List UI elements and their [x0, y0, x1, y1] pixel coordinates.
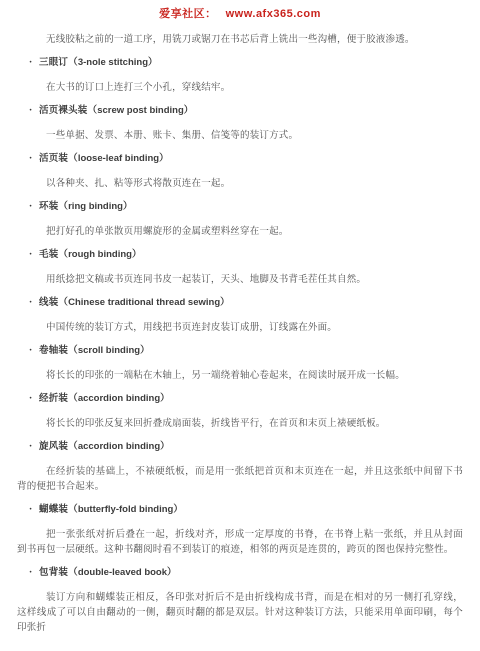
term-name: 蝴蝶装	[39, 504, 68, 515]
glossary-entry: ·毛装（rough binding） 用纸捻把文稿或书页连同书皮一起装订，天头、…	[17, 247, 463, 287]
term-description: 装订方向和蝴蝶装正相反，各印张对折后不是由折线构成书背，而是在相对的另一侧打孔穿…	[17, 590, 463, 635]
term-heading: ·卷轴装（scroll binding）	[17, 343, 463, 359]
term-heading: ·线装（Chinese traditional thread sewing）	[17, 295, 463, 311]
site-name: 爱享社区：	[159, 8, 217, 20]
term-english: ring binding	[68, 201, 123, 212]
paren-close: ）	[184, 105, 194, 116]
paren-open: （	[68, 441, 78, 452]
paren-close: ）	[160, 393, 170, 404]
glossary-entry: ·蝴蝶装（butterfly-fold binding） 把一张张纸对折后叠在一…	[17, 502, 463, 557]
bullet-icon: ·	[29, 296, 39, 311]
bullet-icon: ·	[29, 56, 39, 71]
term-name: 毛装	[39, 249, 58, 260]
term-description: 用纸捻把文稿或书页连同书皮一起装订，天头、地脚及书背毛茬任其自然。	[17, 272, 463, 287]
term-heading: ·活页裸头装（screw post binding）	[17, 103, 463, 119]
bullet-icon: ·	[29, 503, 39, 518]
bullet-icon: ·	[29, 566, 39, 581]
bullet-icon: ·	[29, 344, 39, 359]
term-english: butterfly-fold binding	[78, 504, 174, 515]
site-banner: 爱享社区：www.afx365.com	[17, 7, 463, 22]
term-description: 以各种夹、扎、粘等形式将散页连在一起。	[17, 176, 463, 191]
bullet-icon: ·	[29, 104, 39, 119]
term-heading: ·蝴蝶装（butterfly-fold binding）	[17, 502, 463, 518]
glossary-entry: ·旋风装（accordion binding） 在经折装的基础上，不裱硬纸板，而…	[17, 439, 463, 494]
paren-close: ）	[132, 249, 142, 260]
term-heading: ·环装（ring binding）	[17, 199, 463, 215]
glossary-entry: ·包背装（double-leaved book） 装订方向和蝴蝶装正相反，各印张…	[17, 565, 463, 635]
term-english: rough binding	[68, 249, 132, 260]
paren-close: ）	[123, 201, 133, 212]
paren-close: ）	[173, 504, 183, 515]
paren-open: （	[68, 393, 78, 404]
term-heading: ·三眼订（3-nole stitching）	[17, 55, 463, 71]
term-name: 经折装	[39, 393, 68, 404]
term-description: 将长长的印张反复来回折叠成扇面装，折线皆平行，在首页和末页上裱硬纸板。	[17, 416, 463, 431]
term-name: 三眼订	[39, 57, 68, 68]
term-description: 在经折装的基础上，不裱硬纸板，而是用一张纸把首页和末页连在一起，并且这张纸中间留…	[17, 464, 463, 494]
term-description: 将长长的印张的一端粘在木轴上，另一端绕着轴心卷起来，在阅读时展开成一长幅。	[17, 368, 463, 383]
paren-close: ）	[148, 57, 158, 68]
paren-close: ）	[167, 567, 177, 578]
paren-close: ）	[140, 345, 150, 356]
glossary-entry: ·卷轴装（scroll binding） 将长长的印张的一端粘在木轴上，另一端绕…	[17, 343, 463, 383]
paren-open: （	[88, 105, 98, 116]
paren-open: （	[68, 153, 78, 164]
glossary-entry: ·三眼订（3-nole stitching） 在大书的订口上连打三个小孔，穿线结…	[17, 55, 463, 95]
document-page: 爱享社区：www.afx365.com 无线胶粘之前的一道工序，用铣刀或锯刀在书…	[0, 0, 480, 651]
term-heading: ·毛装（rough binding）	[17, 247, 463, 263]
paren-open: （	[68, 57, 78, 68]
term-description: 中国传统的装订方式，用线把书页连封皮装订成册，订线露在外面。	[17, 320, 463, 335]
term-name: 旋风装	[39, 441, 68, 452]
paren-close: ）	[159, 153, 169, 164]
bullet-icon: ·	[29, 392, 39, 407]
paren-open: （	[68, 504, 78, 515]
term-name: 活页装	[39, 153, 68, 164]
term-description: 把打好孔的单张散页用螺旋形的金属或塑料丝穿在一起。	[17, 224, 463, 239]
bullet-icon: ·	[29, 440, 39, 455]
term-heading: ·活页装（loose-leaf binding）	[17, 151, 463, 167]
term-english: screw post binding	[97, 105, 184, 116]
glossary-entry: ·经折装（accordion binding） 将长长的印张反复来回折叠成扇面装…	[17, 391, 463, 431]
glossary-entry: ·活页装（loose-leaf binding） 以各种夹、扎、粘等形式将散页连…	[17, 151, 463, 191]
term-english: double-leaved book	[78, 567, 167, 578]
term-heading: ·经折装（accordion binding）	[17, 391, 463, 407]
paren-open: （	[58, 201, 68, 212]
bullet-icon: ·	[29, 152, 39, 167]
term-english: accordion binding	[78, 441, 160, 452]
term-name: 环装	[39, 201, 58, 212]
term-english: scroll binding	[78, 345, 140, 356]
term-english: 3-nole stitching	[78, 57, 148, 68]
term-name: 包背装	[39, 567, 68, 578]
paren-open: （	[58, 297, 68, 308]
glossary-list: ·三眼订（3-nole stitching） 在大书的订口上连打三个小孔，穿线结…	[17, 55, 463, 635]
term-english: Chinese traditional thread sewing	[68, 297, 220, 308]
paren-close: ）	[220, 297, 230, 308]
paren-close: ）	[160, 441, 170, 452]
glossary-entry: ·线装（Chinese traditional thread sewing） 中…	[17, 295, 463, 335]
paren-open: （	[68, 345, 78, 356]
term-english: accordion binding	[78, 393, 160, 404]
bullet-icon: ·	[29, 248, 39, 263]
term-name: 卷轴装	[39, 345, 68, 356]
site-url-link[interactable]: www.afx365.com	[226, 8, 321, 20]
glossary-entry: ·环装（ring binding） 把打好孔的单张散页用螺旋形的金属或塑料丝穿在…	[17, 199, 463, 239]
bullet-icon: ·	[29, 200, 39, 215]
term-description: 在大书的订口上连打三个小孔，穿线结牢。	[17, 80, 463, 95]
intro-paragraph: 无线胶粘之前的一道工序，用铣刀或锯刀在书芯后背上铣出一些沟槽，便于胶液渗透。	[17, 32, 463, 47]
term-heading: ·包背装（double-leaved book）	[17, 565, 463, 581]
paren-open: （	[58, 249, 68, 260]
term-name: 线装	[39, 297, 58, 308]
term-english: loose-leaf binding	[78, 153, 159, 164]
term-heading: ·旋风装（accordion binding）	[17, 439, 463, 455]
term-description: 一些单据、发票、本册、账卡、集册、信笺等的装订方式。	[17, 128, 463, 143]
term-description: 把一张张纸对折后叠在一起，折线对齐，形成一定厚度的书脊，在书脊上粘一张纸，并且从…	[17, 527, 463, 557]
paren-open: （	[68, 567, 78, 578]
glossary-entry: ·活页裸头装（screw post binding） 一些单据、发票、本册、账卡…	[17, 103, 463, 143]
term-name: 活页裸头装	[39, 105, 88, 116]
